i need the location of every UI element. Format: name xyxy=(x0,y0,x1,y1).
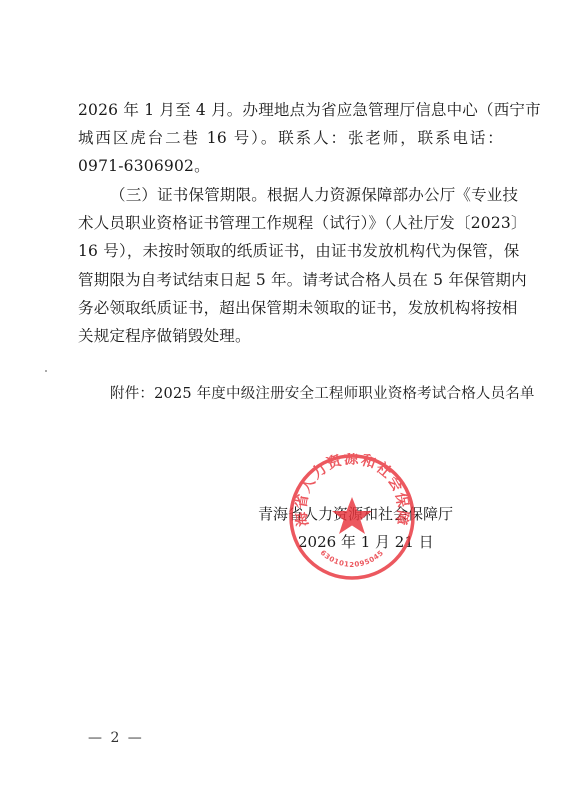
body-line-5: 术人员职业资格证书管理工作规程（试行）》（人社厅发〔2023〕 xyxy=(78,213,503,233)
body-line-4: （三）证书保管期限。根据人力资源保障部办公厅《专业技 xyxy=(110,185,503,205)
document-page: 2026 年 1 月至 4 月。办理地点为省应急管理厅信息中心（西宁市 城西区虎… xyxy=(0,0,565,805)
body-line-3: 0971-6306902。 xyxy=(78,156,503,176)
page-number: — 2 — xyxy=(88,730,144,746)
body-line-6: 16 号），未按时领取的纸质证书，由证书发放机构代为保管，保 xyxy=(78,241,503,261)
body-line-2: 城西区虎台二巷 16 号）。联系人：张老师，联系电话： xyxy=(78,128,503,148)
official-seal-icon: 青海省人力资源和社会保障厅 6301012095045 xyxy=(288,453,416,581)
body-line-9: 关规定程序做销毁处理。 xyxy=(78,326,503,346)
scan-speck xyxy=(45,370,47,372)
svg-text:6301012095045: 6301012095045 xyxy=(319,549,386,569)
body-line-7: 管期限为自考试结束日起 5 年。请考试合格人员在 5 年保管期内 xyxy=(78,270,503,290)
body-line-8: 务必领取纸质证书，超出保管期未领取的证书，发放机构将按相 xyxy=(78,298,503,318)
body-line-1: 2026 年 1 月至 4 月。办理地点为省应急管理厅信息中心（西宁市 xyxy=(78,100,503,120)
attachment-line: 附件：2025 年度中级注册安全工程师职业资格考试合格人员名单 xyxy=(110,384,505,404)
